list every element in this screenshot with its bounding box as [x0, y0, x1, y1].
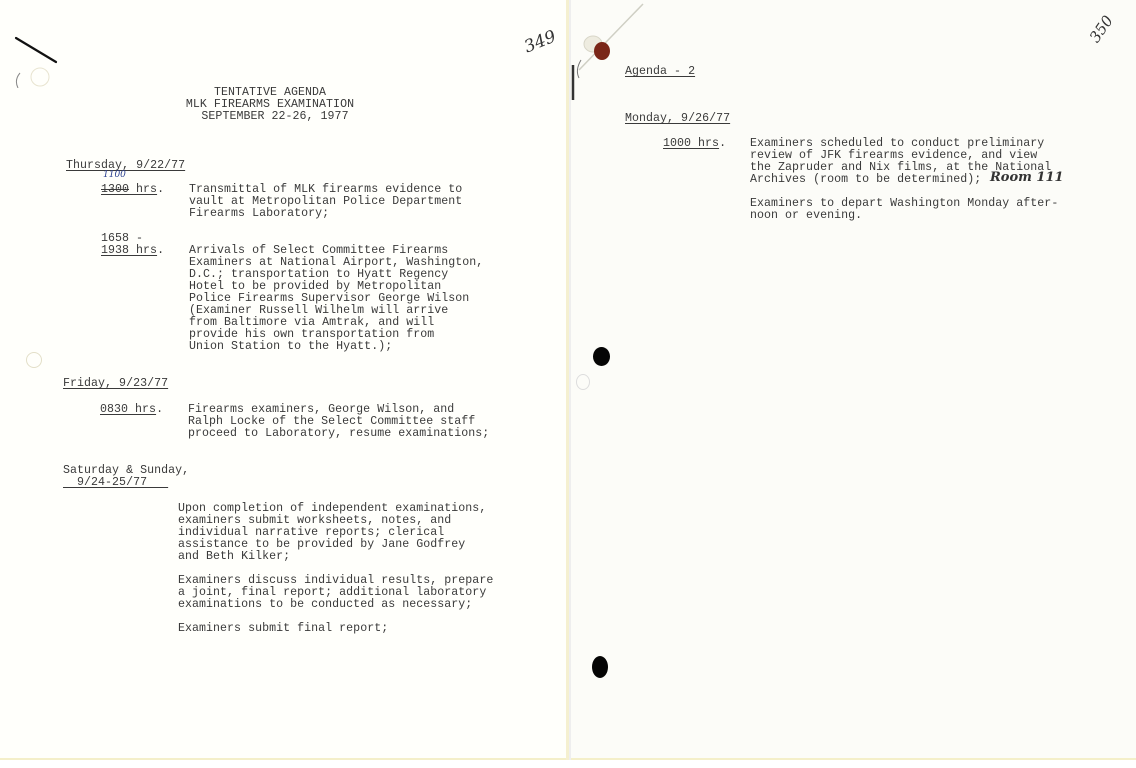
punch-hole	[592, 656, 608, 678]
struck-time: 1300	[101, 183, 129, 196]
handwritten-margin-mark	[12, 28, 58, 88]
day-heading-monday: Monday, 9/26/77	[625, 113, 730, 125]
punch-hole	[593, 347, 610, 366]
day-heading-weekend-line-2: 9/24-25/77	[63, 477, 168, 489]
entry-time-thursday-2: 1938 hrs.	[101, 245, 164, 257]
handwritten-page-number: 349	[521, 27, 559, 58]
entry-text-line: Union Station to the Hyatt.);	[189, 341, 392, 353]
punch-hole-ghost	[26, 352, 42, 368]
paragraph-line: and Beth Kilker;	[178, 551, 290, 563]
handwritten-room-note: Room 111	[990, 170, 1064, 185]
handwritten-time-correction: 1100	[103, 170, 126, 180]
handwritten-page-number: 350	[1086, 12, 1117, 46]
page-header: Agenda - 2	[625, 66, 695, 78]
entry-time-friday: 0830 hrs.	[100, 404, 163, 416]
paragraph-line: Examiners submit final report;	[178, 623, 388, 635]
document-page-left: 349 TENTATIVE AGENDA MLK FIREARMS EXAMIN…	[0, 0, 569, 760]
punch-hole-ghost	[576, 374, 590, 390]
title-line-3: SEPTEMBER 22-26, 1977	[155, 111, 395, 123]
entry-text-line: Archives (room to be determined);	[750, 174, 981, 186]
document-page-right: 350 Agenda - 2 Monday, 9/26/77 1000 hrs.…	[569, 0, 1136, 760]
entry-text-line: Firearms Laboratory;	[189, 208, 329, 220]
entry-time-monday: 1000 hrs.	[663, 138, 726, 150]
entry-text-line: proceed to Laboratory, resume examinatio…	[188, 428, 489, 440]
paragraph-line: examinations to be conducted as necessar…	[178, 599, 472, 611]
entry-time-thursday-1: 1300 hrs.	[101, 184, 164, 196]
closing-line: noon or evening.	[750, 210, 862, 222]
paper-fastener-icon	[571, 0, 651, 100]
day-heading-friday: Friday, 9/23/77	[63, 378, 168, 390]
